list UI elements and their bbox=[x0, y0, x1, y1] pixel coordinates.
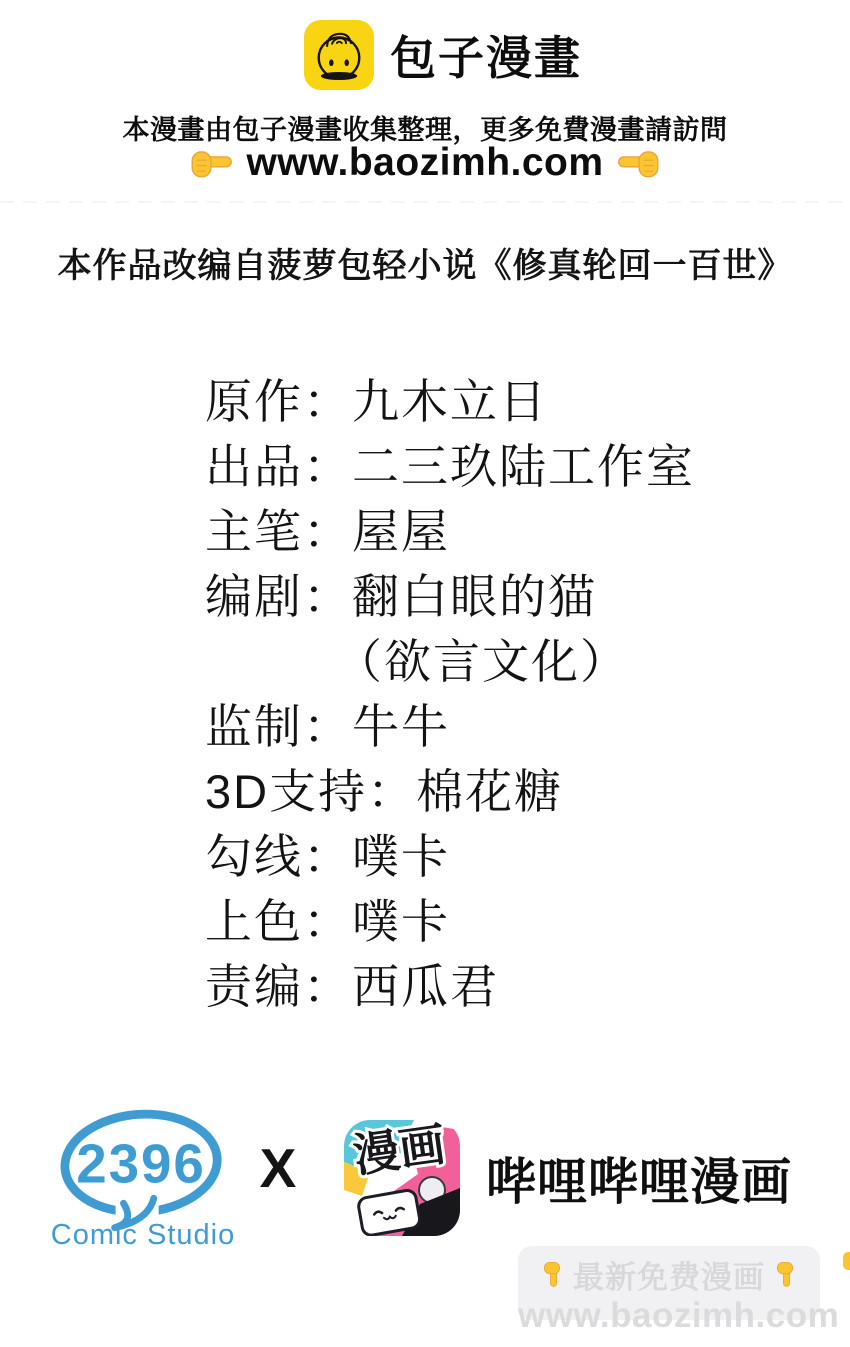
credit-line-screenwriter-studio: （欲言文化） bbox=[335, 629, 695, 694]
studio-2396-logo-icon: 2396 bbox=[55, 1108, 231, 1232]
studio-name: Comic Studio bbox=[48, 1219, 238, 1252]
collab-x-mark: X bbox=[252, 1136, 304, 1200]
brand-header: 包子漫畫 bbox=[0, 20, 850, 90]
point-left-icon bbox=[616, 147, 660, 180]
credit-line-producer: 出品：二三玖陆工作室 bbox=[205, 434, 695, 499]
credit-line-coloring: 上色：噗卡 bbox=[205, 889, 695, 954]
point-right-icon bbox=[190, 147, 234, 180]
adaptation-note: 本作品改编自菠萝包轻小说《修真轮回一百世》 bbox=[0, 238, 850, 287]
credit-line-editor: 责编：西瓜君 bbox=[205, 954, 695, 1019]
site-url: www.baozimh.com bbox=[246, 141, 603, 185]
watermark-panel: 最新免费漫画 www.baozimh.com bbox=[518, 1246, 820, 1320]
point-down-icon bbox=[542, 1261, 563, 1288]
brand-title: 包子漫畫 bbox=[390, 22, 582, 88]
partner-name: 哔哩哔哩漫画 bbox=[486, 1142, 792, 1214]
credit-line-3d-support: 3D支持：棉花糖 bbox=[205, 759, 695, 824]
credit-line-lead-artist: 主笔：屋屋 bbox=[205, 499, 695, 564]
studio-number: 2396 bbox=[76, 1133, 206, 1195]
credit-line-inking: 勾线：噗卡 bbox=[205, 824, 695, 889]
watermark-text: 最新免费漫画 bbox=[573, 1252, 765, 1297]
credit-line-screenwriter: 编剧：翻白眼的猫 bbox=[205, 564, 695, 629]
watermark-line1: 最新免费漫画 bbox=[518, 1252, 820, 1297]
credits-page: 包子漫畫 本漫畫由包子漫畫收集整理，更多免費漫畫請訪問 www.baozimh.… bbox=[0, 0, 850, 1347]
baozi-logo-icon bbox=[304, 20, 374, 90]
credit-line-original-author: 原作：九木立日 bbox=[205, 369, 695, 434]
point-down-icon bbox=[775, 1261, 796, 1288]
credit-line-supervisor: 监制：牛牛 bbox=[205, 694, 695, 759]
watermark-url: www.baozimh.com bbox=[518, 1298, 820, 1333]
cropped-hand-icon bbox=[843, 1252, 850, 1270]
credits-list: 原作：九木立日 出品：二三玖陆工作室 主笔：屋屋 编剧：翻白眼的猫 （欲言文化）… bbox=[205, 369, 695, 1019]
bili-manga-app-icon: 漫画 bbox=[344, 1120, 460, 1236]
site-url-row: www.baozimh.com bbox=[0, 141, 850, 185]
faint-divider bbox=[0, 201, 850, 203]
